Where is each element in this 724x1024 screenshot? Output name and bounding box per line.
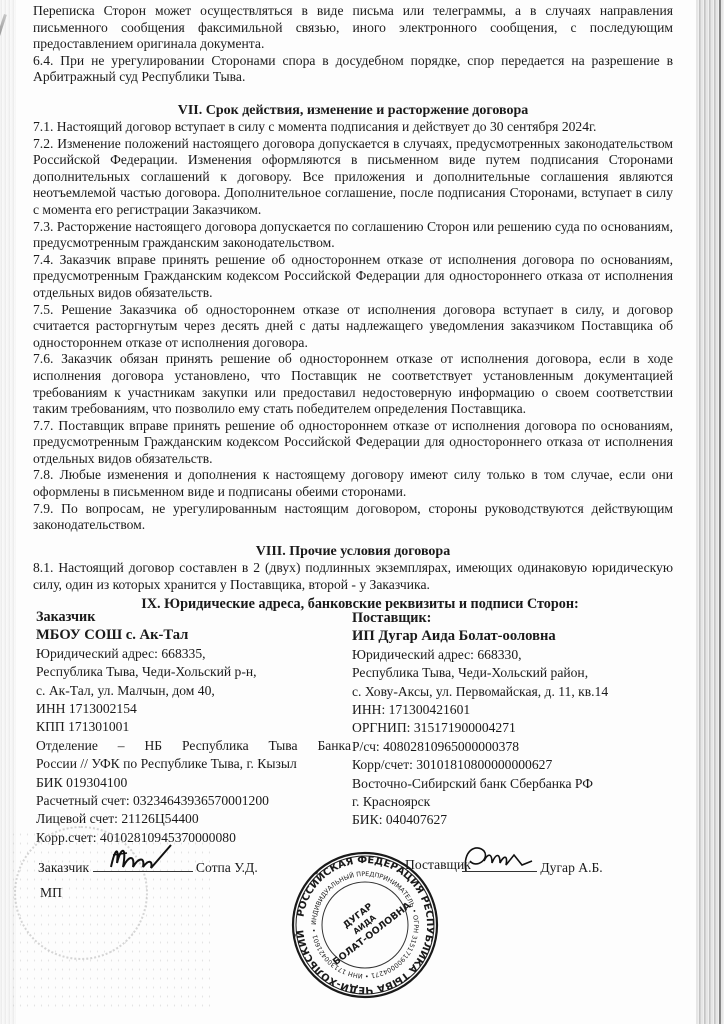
section-8-title: VIII. Прочие условия договора <box>33 543 673 560</box>
supplier-line: БИК: 040407627 <box>352 811 672 829</box>
customer-line: с. Ак-Тал, ул. Малчын, дом 40, <box>36 682 351 700</box>
supplier-details: Поставщик: ИП Дугар Аида Болат-ооловна Ю… <box>352 609 672 830</box>
customer-signer-name: Сотпа У.Д. <box>196 860 258 875</box>
supplier-line: Корр/счет: 30101810800000000627 <box>352 756 672 774</box>
supplier-line: Республика Тыва, Чеди-Хольский район, <box>352 664 672 682</box>
supplier-line: Восточно-Сибирский банк Сбербанка РФ <box>352 775 672 793</box>
section-7-title: VII. Срок действия, изменение и расторже… <box>33 102 673 119</box>
customer-line: Юридический адрес: 668335, <box>36 645 351 663</box>
customer-line: Республика Тыва, Чеди-Хольский р-н, <box>36 663 351 681</box>
supplier-line: Юридический адрес: 668330, <box>352 646 672 664</box>
clause-7-7: 7.7. Поставщик вправе принять решение об… <box>33 418 673 468</box>
clause-7-4: 7.4. Заказчик вправе принять решение об … <box>33 252 673 302</box>
supplier-role: Поставщик: <box>352 609 672 627</box>
clause-7-5: 7.5. Решение Заказчика об одностороннем … <box>33 302 673 352</box>
customer-signature-label: Заказчик <box>38 860 89 875</box>
supplier-line: Р/сч: 40802810965000000378 <box>352 738 672 756</box>
supplier-signature-row: Дугар А.Б. <box>462 857 603 876</box>
section-6-tail: Переписка Сторон может осуществляться в … <box>33 3 673 86</box>
section-8: VIII. Прочие условия договора 8.1. Насто… <box>33 543 673 593</box>
customer-details: Заказчик МБОУ СОШ с. Ак-Тал Юридический … <box>36 608 351 847</box>
section-7: VII. Срок действия, изменение и расторже… <box>33 102 673 534</box>
supplier-line: г. Красноярск <box>352 793 672 811</box>
supplier-line: с. Хову-Аксы, ул. Первомайская, д. 11, к… <box>352 683 672 701</box>
customer-signature-row: Заказчик Сотпа У.Д. <box>38 857 258 876</box>
clause-7-8: 7.8. Любые изменения и дополнения к наст… <box>33 467 673 500</box>
supplier-signature-scribble-icon <box>462 841 542 875</box>
clause-7-2: 7.2. Изменение положений настоящего дого… <box>33 136 673 219</box>
scan-edge-right-line <box>719 0 721 1024</box>
customer-line: России // УФК по Республике Тыва, г. Кыз… <box>36 755 351 773</box>
scanned-contract-page: Переписка Сторон может осуществляться в … <box>0 0 724 1024</box>
clause-7-1: 7.1. Настоящий договор вступает в силу с… <box>33 119 673 136</box>
clause-7-9: 7.9. По вопросам, не урегулированным нас… <box>33 501 673 534</box>
supplier-line: ОРГНИП: 315171900004271 <box>352 719 672 737</box>
customer-line: КПП 171301001 <box>36 718 351 736</box>
supplier-line: ИНН: 171300421601 <box>352 701 672 719</box>
supplier-signature-label: Поставщик <box>405 857 471 873</box>
seal-place-label: МП <box>40 885 62 901</box>
supplier-signer-name: Дугар А.Б. <box>540 860 602 875</box>
customer-name: МБОУ СОШ с. Ак-Тал <box>36 626 351 644</box>
customer-line: БИК 019304100 <box>36 774 351 792</box>
customer-signature-scribble-icon <box>93 841 193 875</box>
supplier-name: ИП Дугар Аида Болат-ооловна <box>352 627 672 645</box>
supplier-signature-line <box>462 857 537 872</box>
paragraph-6-4: 6.4. При не урегулировании Сторонами спо… <box>33 53 673 86</box>
clause-7-6: 7.6. Заказчик обязан принять решение об … <box>33 351 673 417</box>
clause-7-3: 7.3. Расторжение настоящего договора доп… <box>33 219 673 252</box>
customer-signature-line <box>93 857 193 872</box>
customer-line: Отделение – НБ Республика Тыва Банка <box>36 737 351 755</box>
paragraph-6-3-tail: Переписка Сторон может осуществляться в … <box>33 3 673 53</box>
customer-line: Расчетный счет: 03234643936570001200 <box>36 792 351 810</box>
clause-8-1: 8.1. Настоящий договор составлен в 2 (дв… <box>33 560 673 593</box>
customer-line: ИНН 1713002154 <box>36 700 351 718</box>
customer-role: Заказчик <box>36 608 351 626</box>
